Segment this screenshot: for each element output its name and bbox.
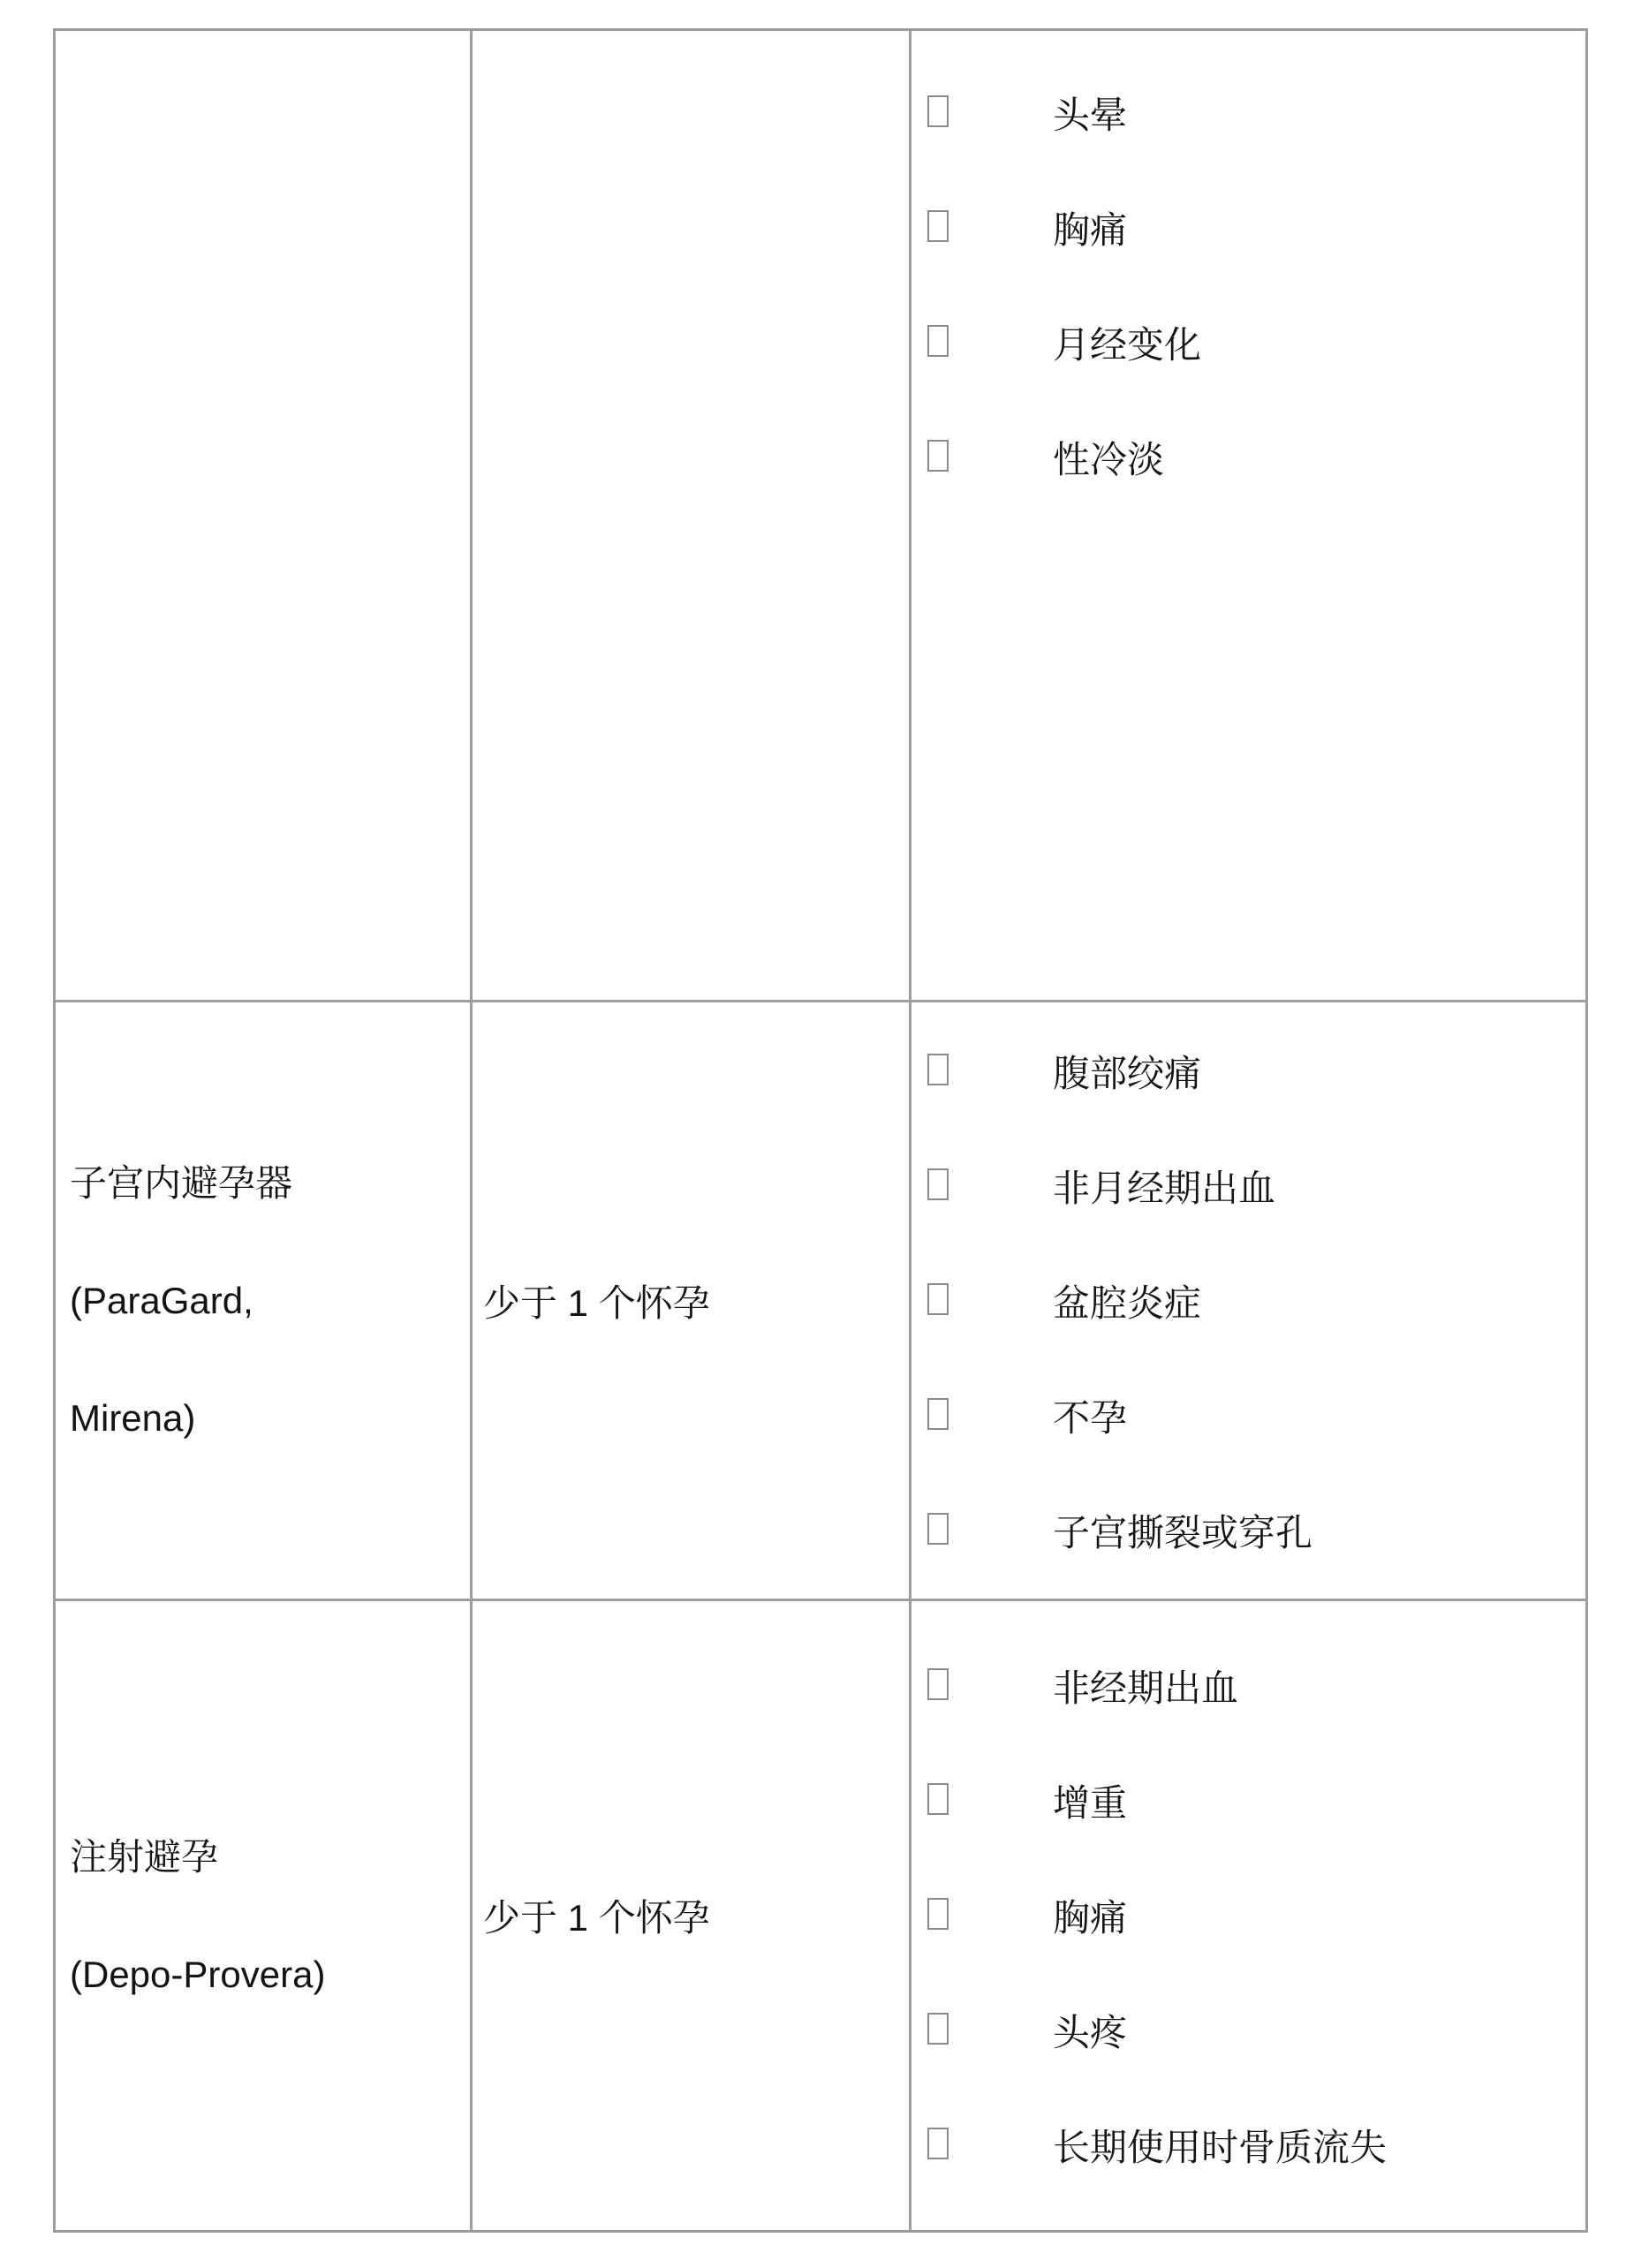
cell-row1-method <box>56 31 473 1002</box>
cell-row2-effectiveness: 少于 1 个怀孕 <box>473 1002 911 1601</box>
side-effects-list: 头晕 胸痛 月经变化 性冷淡 <box>911 56 1585 515</box>
side-effect-text: 头疼 <box>1053 2004 1127 2057</box>
side-effect-item: 非经期出血 <box>927 1629 1585 1743</box>
method-brand: (Depo-Provera) <box>70 1916 470 2033</box>
side-effect-item: 头晕 <box>927 56 1585 170</box>
missing-glyph-bullet-icon <box>927 1398 949 1430</box>
side-effects-list: 非经期出血 增重 胸痛 头疼 长期使用时骨质流失 <box>911 1629 1585 2203</box>
side-effect-text: 胸痛 <box>1053 201 1127 254</box>
side-effect-text: 增重 <box>1053 1774 1127 1827</box>
side-effect-item: 增重 <box>927 1743 1585 1858</box>
method-brand: Mirena) <box>70 1359 470 1477</box>
side-effect-text: 盆腔炎症 <box>1053 1274 1201 1327</box>
side-effect-text: 非经期出血 <box>1053 1659 1238 1712</box>
cell-row1-effectiveness <box>473 31 911 1002</box>
cell-row3-effectiveness: 少于 1 个怀孕 <box>473 1601 911 2230</box>
missing-glyph-bullet-icon <box>927 1054 949 1085</box>
missing-glyph-bullet-icon <box>927 1783 949 1815</box>
side-effect-item: 性冷淡 <box>927 400 1585 515</box>
side-effect-text: 腹部绞痛 <box>1053 1045 1201 1098</box>
cell-row1-side-effects: 头晕 胸痛 月经变化 性冷淡 <box>911 31 1585 1002</box>
side-effect-item: 胸痛 <box>927 1858 1585 1973</box>
side-effects-list: 腹部绞痛 非月经期出血 盆腔炎症 不孕 子宫撕裂或穿孔 <box>911 1014 1585 1588</box>
method-name: 注射避孕 <box>70 1798 470 1916</box>
missing-glyph-bullet-icon <box>927 325 949 357</box>
side-effect-text: 不孕 <box>1053 1389 1127 1442</box>
side-effect-item: 子宫撕裂或穿孔 <box>927 1473 1585 1588</box>
side-effect-item: 长期使用时骨质流失 <box>927 2088 1585 2203</box>
missing-glyph-bullet-icon <box>927 210 949 242</box>
missing-glyph-bullet-icon <box>927 2128 949 2159</box>
contraception-table: 头晕 胸痛 月经变化 性冷淡 子宫内避孕器 (ParaGard, <box>53 28 1588 2233</box>
method-name: 子宫内避孕器 <box>70 1124 470 1242</box>
side-effect-item: 非月经期出血 <box>927 1129 1585 1244</box>
cell-row2-method: 子宫内避孕器 (ParaGard, Mirena) <box>56 1002 473 1601</box>
side-effect-text: 子宫撕裂或穿孔 <box>1053 1504 1312 1557</box>
side-effect-item: 腹部绞痛 <box>927 1014 1585 1129</box>
effectiveness-text: 少于 1 个怀孕 <box>483 1889 710 1942</box>
effectiveness-text: 少于 1 个怀孕 <box>483 1274 710 1327</box>
missing-glyph-bullet-icon <box>927 2013 949 2045</box>
missing-glyph-bullet-icon <box>927 440 949 472</box>
side-effect-text: 性冷淡 <box>1053 431 1164 484</box>
side-effect-item: 胸痛 <box>927 170 1585 285</box>
side-effect-item: 盆腔炎症 <box>927 1244 1585 1358</box>
side-effect-text: 胸痛 <box>1053 1889 1127 1942</box>
side-effect-text: 非月经期出血 <box>1053 1160 1275 1213</box>
missing-glyph-bullet-icon <box>927 1898 949 1930</box>
cell-row3-side-effects: 非经期出血 增重 胸痛 头疼 长期使用时骨质流失 <box>911 1601 1585 2230</box>
missing-glyph-bullet-icon <box>927 1668 949 1700</box>
missing-glyph-bullet-icon <box>927 1168 949 1200</box>
cell-row3-method: 注射避孕 (Depo-Provera) <box>56 1601 473 2230</box>
side-effect-text: 长期使用时骨质流失 <box>1053 2119 1387 2172</box>
missing-glyph-bullet-icon <box>927 95 949 127</box>
missing-glyph-bullet-icon <box>927 1513 949 1545</box>
side-effect-item: 月经变化 <box>927 285 1585 400</box>
document-page: 头晕 胸痛 月经变化 性冷淡 子宫内避孕器 (ParaGard, <box>0 0 1649 2268</box>
cell-row2-side-effects: 腹部绞痛 非月经期出血 盆腔炎症 不孕 子宫撕裂或穿孔 <box>911 1002 1585 1601</box>
method-brand: (ParaGard, <box>70 1242 470 1359</box>
missing-glyph-bullet-icon <box>927 1283 949 1315</box>
side-effect-item: 头疼 <box>927 1973 1585 2088</box>
side-effect-item: 不孕 <box>927 1358 1585 1473</box>
side-effect-text: 月经变化 <box>1053 316 1201 369</box>
side-effect-text: 头晕 <box>1053 87 1127 140</box>
